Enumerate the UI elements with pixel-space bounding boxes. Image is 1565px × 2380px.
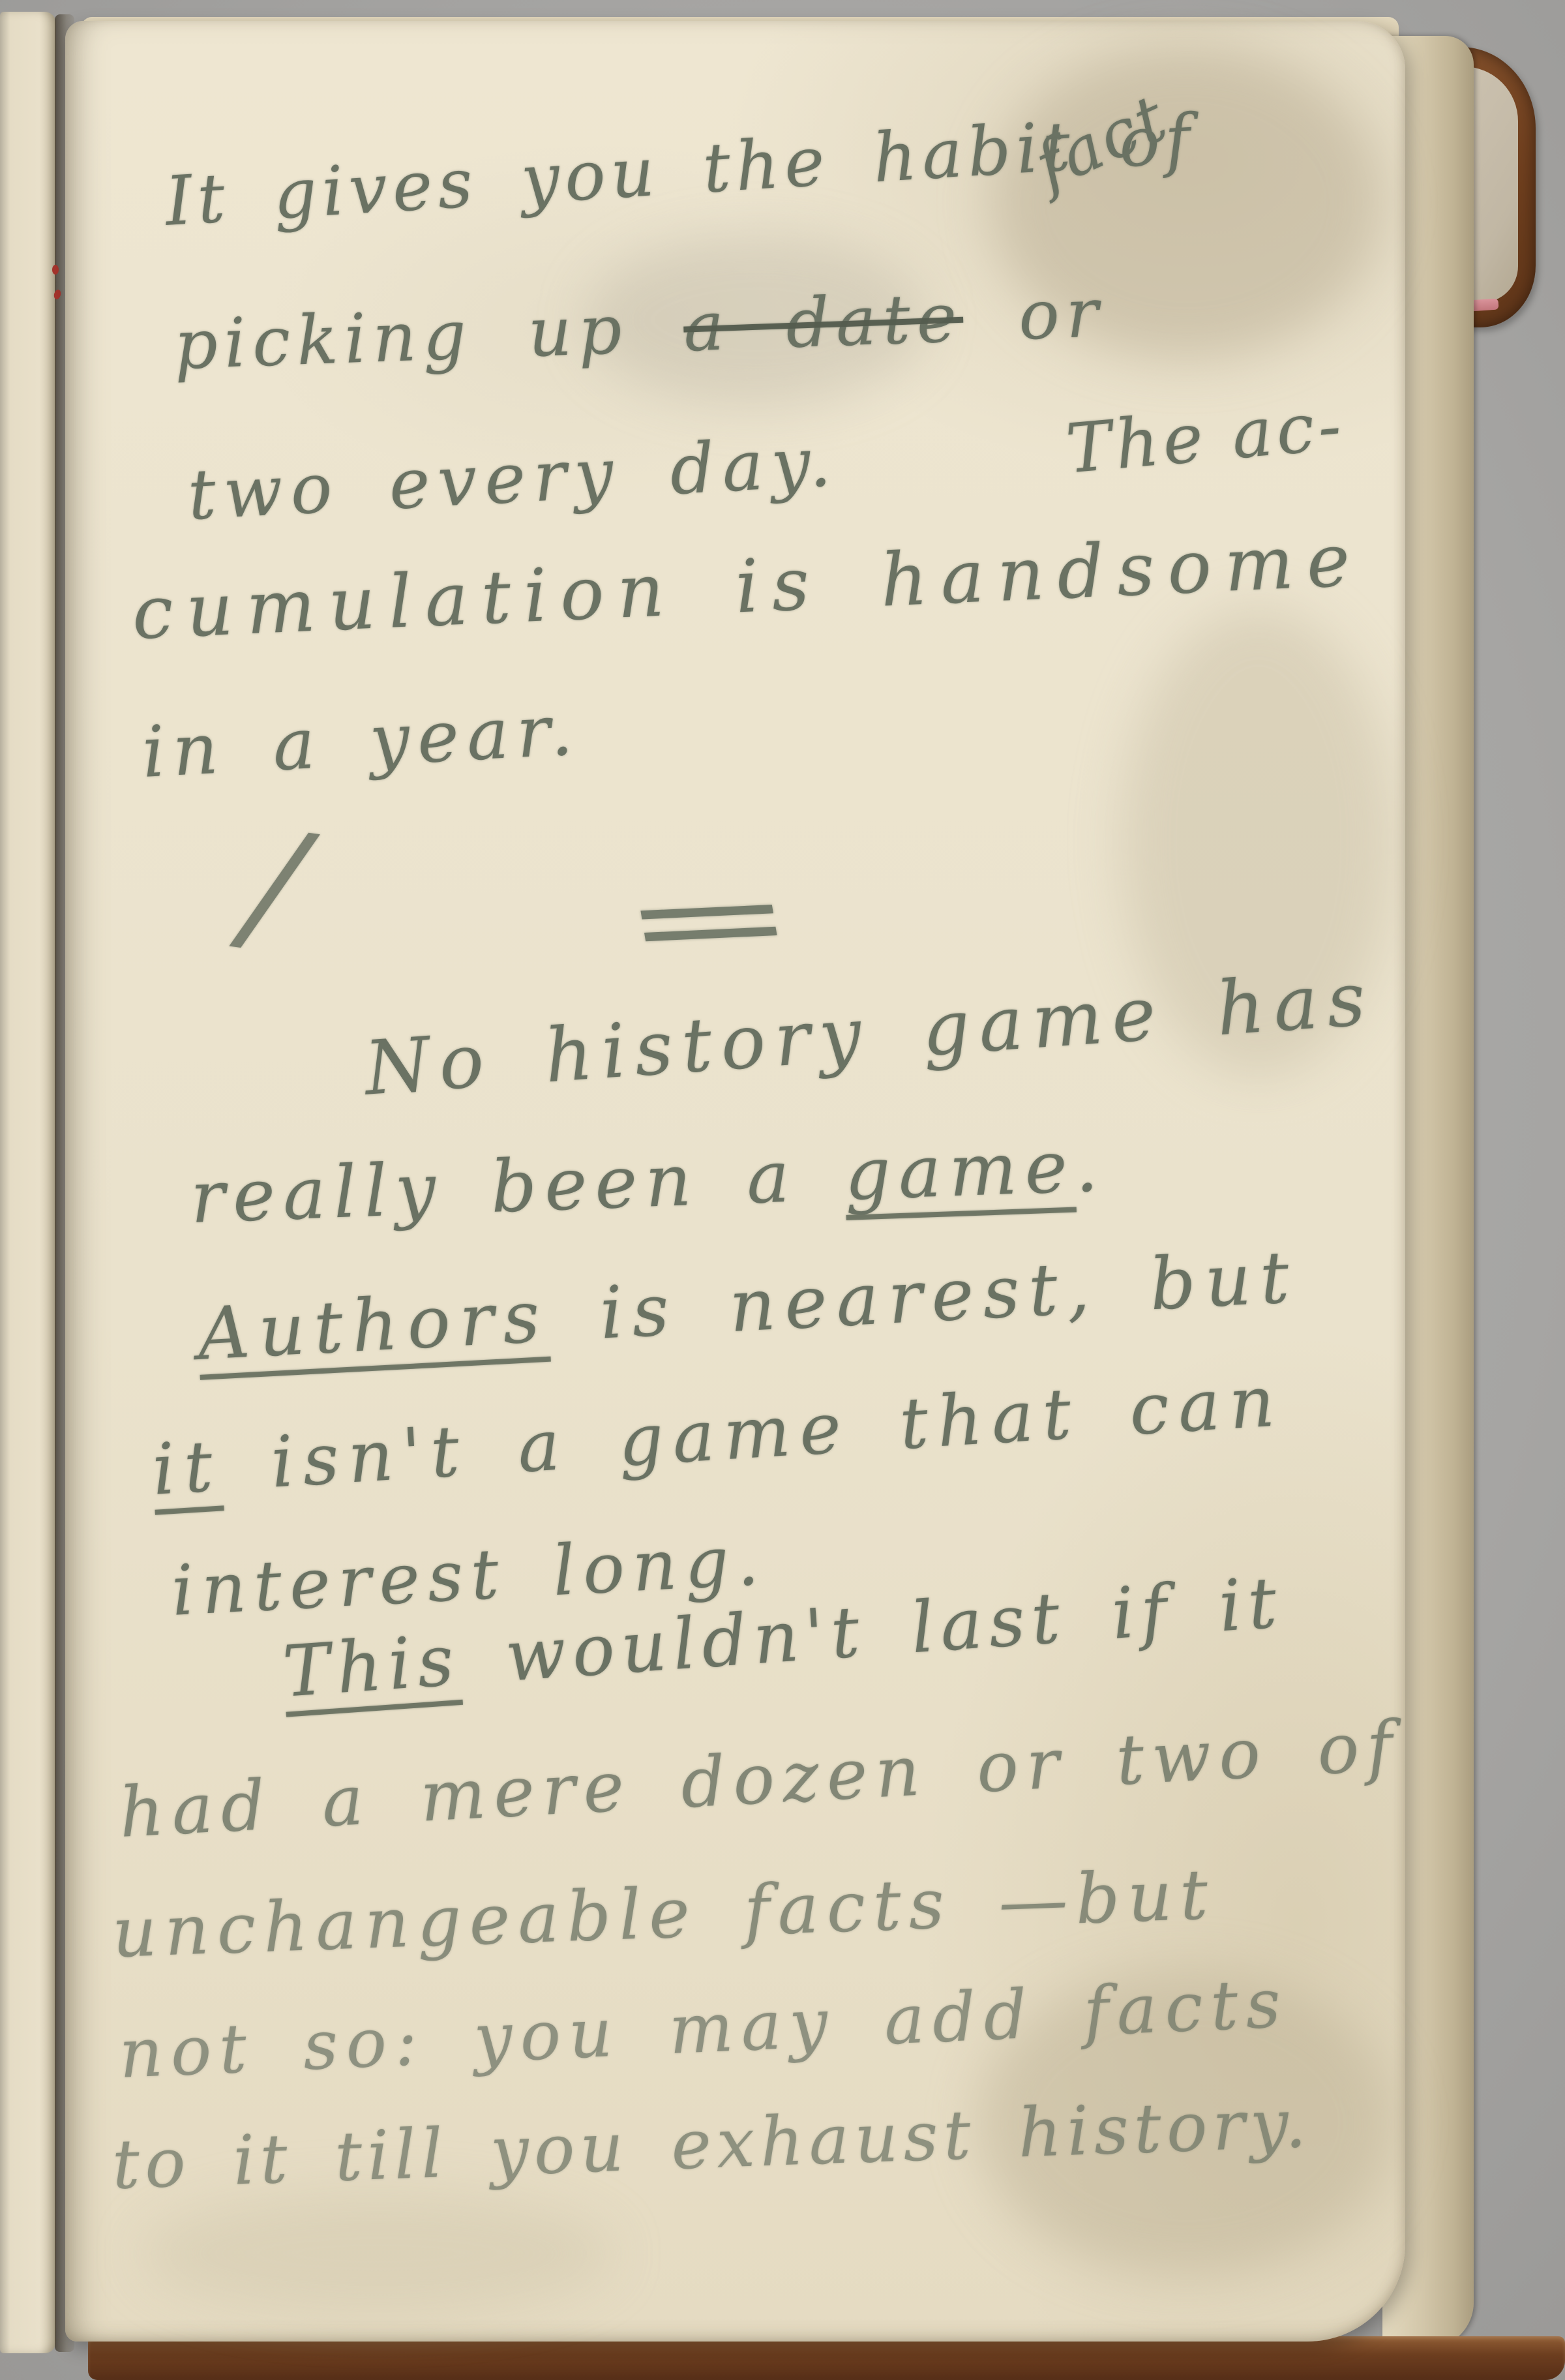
leather-cover-bottom-edge [88,2336,1565,2380]
adjacent-page-edge [0,12,56,2353]
scanned-notebook-photo: It gives you the habit of fact picking u… [0,0,1565,2380]
line-2-text: or [962,273,1107,357]
underlined-word-this: This [280,1619,463,1713]
pencil-double-dash-mark: = [610,852,807,989]
struck-out-word: a date [682,278,964,367]
red-paper-speck [52,265,59,275]
underlined-word-game: game [843,1125,1077,1216]
line-7-text: . [1073,1124,1107,1209]
underlined-word-it: it [150,1426,224,1511]
